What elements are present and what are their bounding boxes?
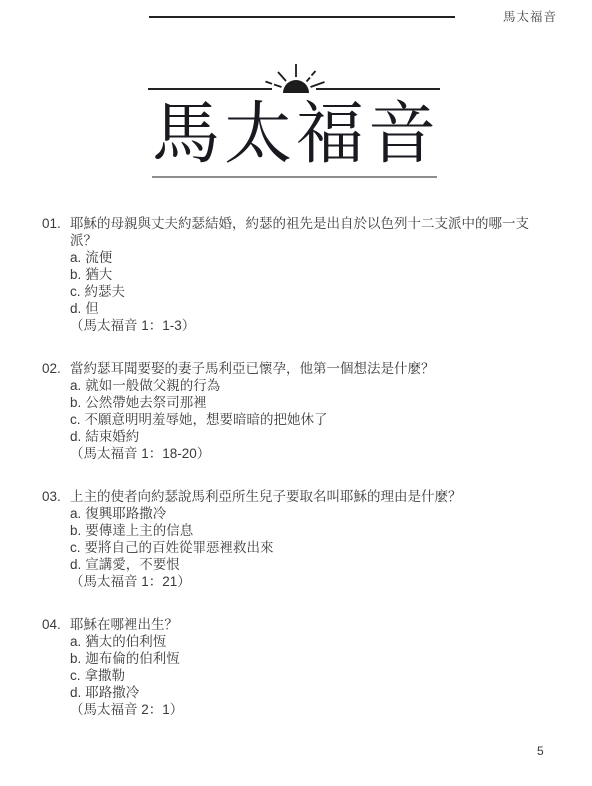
option-row: a.復興耶路撒冷 — [70, 505, 548, 522]
option-text: 流便 — [85, 250, 112, 265]
question-text: 耶穌的母親與丈夫約瑟結婚，約瑟的祖先是出自於以色列十二支派中的哪一支派？ — [70, 215, 548, 249]
header-title: 馬太福音 — [503, 7, 557, 25]
option-label: c. — [70, 411, 81, 428]
option-row: d.耶路撒冷 — [70, 684, 548, 701]
question-block: 03. 上主的使者向約瑟說馬利亞所生兒子要取名叫耶穌的理由是什麼？ a.復興耶路… — [42, 488, 550, 590]
option-label: d. — [70, 684, 81, 701]
question-block: 01. 耶穌的母親與丈夫約瑟結婚，約瑟的祖先是出自於以色列十二支派中的哪一支派？… — [42, 215, 550, 334]
option-row: b.猶大 — [70, 266, 548, 283]
question-reference: （馬太福音 1：21） — [70, 573, 548, 590]
option-text: 猶大 — [85, 267, 112, 282]
option-label: d. — [70, 556, 81, 573]
question-text: 當約瑟耳聞要娶的妻子馬利亞已懷孕，他第一個想法是什麼？ — [70, 360, 548, 377]
question-reference: （馬太福音 2：1） — [70, 701, 548, 718]
title-left-rule — [148, 88, 272, 90]
option-label: a. — [70, 249, 81, 266]
option-row: c.不願意明明羞辱她，想要暗暗的把她休了 — [70, 411, 548, 428]
option-text: 宣講愛，不要恨 — [85, 557, 180, 572]
question-block: 04. 耶穌在哪裡出生？ a.猶太的伯利恆 b.迦布倫的伯利恆 c.拿撒勒 d.… — [42, 616, 550, 718]
option-label: b. — [70, 266, 81, 283]
option-label: b. — [70, 522, 81, 539]
option-label: c. — [70, 283, 81, 300]
page-number: 5 — [537, 744, 544, 758]
question-number: 04. — [42, 616, 70, 718]
question-number: 01. — [42, 215, 70, 334]
option-row: a.流便 — [70, 249, 548, 266]
option-text: 猶太的伯利恆 — [85, 634, 166, 649]
option-row: c.拿撒勒 — [70, 667, 548, 684]
option-row: a.猶太的伯利恆 — [70, 633, 548, 650]
option-label: a. — [70, 633, 81, 650]
option-text: 結束婚約 — [85, 429, 139, 444]
option-text: 拿撒勒 — [85, 668, 126, 683]
option-row: a.就如一般做父親的行為 — [70, 377, 548, 394]
question-text: 耶穌在哪裡出生？ — [70, 616, 548, 633]
option-text: 公然帶她去祭司那裡 — [85, 395, 207, 410]
option-text: 約瑟夫 — [85, 284, 126, 299]
question-number: 02. — [42, 360, 70, 462]
option-text: 不願意明明羞辱她，想要暗暗的把她休了 — [85, 412, 328, 427]
option-row: b.要傳達上主的信息 — [70, 522, 548, 539]
option-label: c. — [70, 539, 81, 556]
option-label: b. — [70, 394, 81, 411]
option-text: 復興耶路撒冷 — [85, 506, 166, 521]
option-label: d. — [70, 300, 81, 317]
option-text: 要將自己的百姓從罪惡裡救出來 — [85, 540, 274, 555]
header-rule — [149, 16, 455, 18]
question-block: 02. 當約瑟耳聞要娶的妻子馬利亞已懷孕，他第一個想法是什麼？ a.就如一般做父… — [42, 360, 550, 462]
option-text: 但 — [85, 301, 99, 316]
option-row: d.宣講愛，不要恨 — [70, 556, 548, 573]
option-row: b.公然帶她去祭司那裡 — [70, 394, 548, 411]
title-underline-rule — [152, 176, 437, 178]
page-title: 馬太福音 — [0, 100, 592, 168]
option-text: 就如一般做父親的行為 — [85, 378, 220, 393]
option-text: 迦布倫的伯利恆 — [85, 651, 180, 666]
option-label: b. — [70, 650, 81, 667]
option-label: a. — [70, 377, 81, 394]
option-row: b.迦布倫的伯利恆 — [70, 650, 548, 667]
question-number: 03. — [42, 488, 70, 590]
option-label: c. — [70, 667, 81, 684]
question-reference: （馬太福音 1：1-3） — [70, 317, 548, 334]
option-row: c.要將自己的百姓從罪惡裡救出來 — [70, 539, 548, 556]
question-text: 上主的使者向約瑟說馬利亞所生兒子要取名叫耶穌的理由是什麼？ — [70, 488, 548, 505]
question-list: 01. 耶穌的母親與丈夫約瑟結婚，約瑟的祖先是出自於以色列十二支派中的哪一支派？… — [42, 215, 550, 744]
option-row: d.但 — [70, 300, 548, 317]
sunrise-icon — [260, 58, 332, 98]
option-row: d.結束婚約 — [70, 428, 548, 445]
option-label: d. — [70, 428, 81, 445]
option-text: 耶路撒冷 — [85, 685, 139, 700]
option-label: a. — [70, 505, 81, 522]
question-reference: （馬太福音 1：18-20） — [70, 445, 548, 462]
option-row: c.約瑟夫 — [70, 283, 548, 300]
option-text: 要傳達上主的信息 — [85, 523, 193, 538]
title-right-rule — [316, 88, 440, 90]
